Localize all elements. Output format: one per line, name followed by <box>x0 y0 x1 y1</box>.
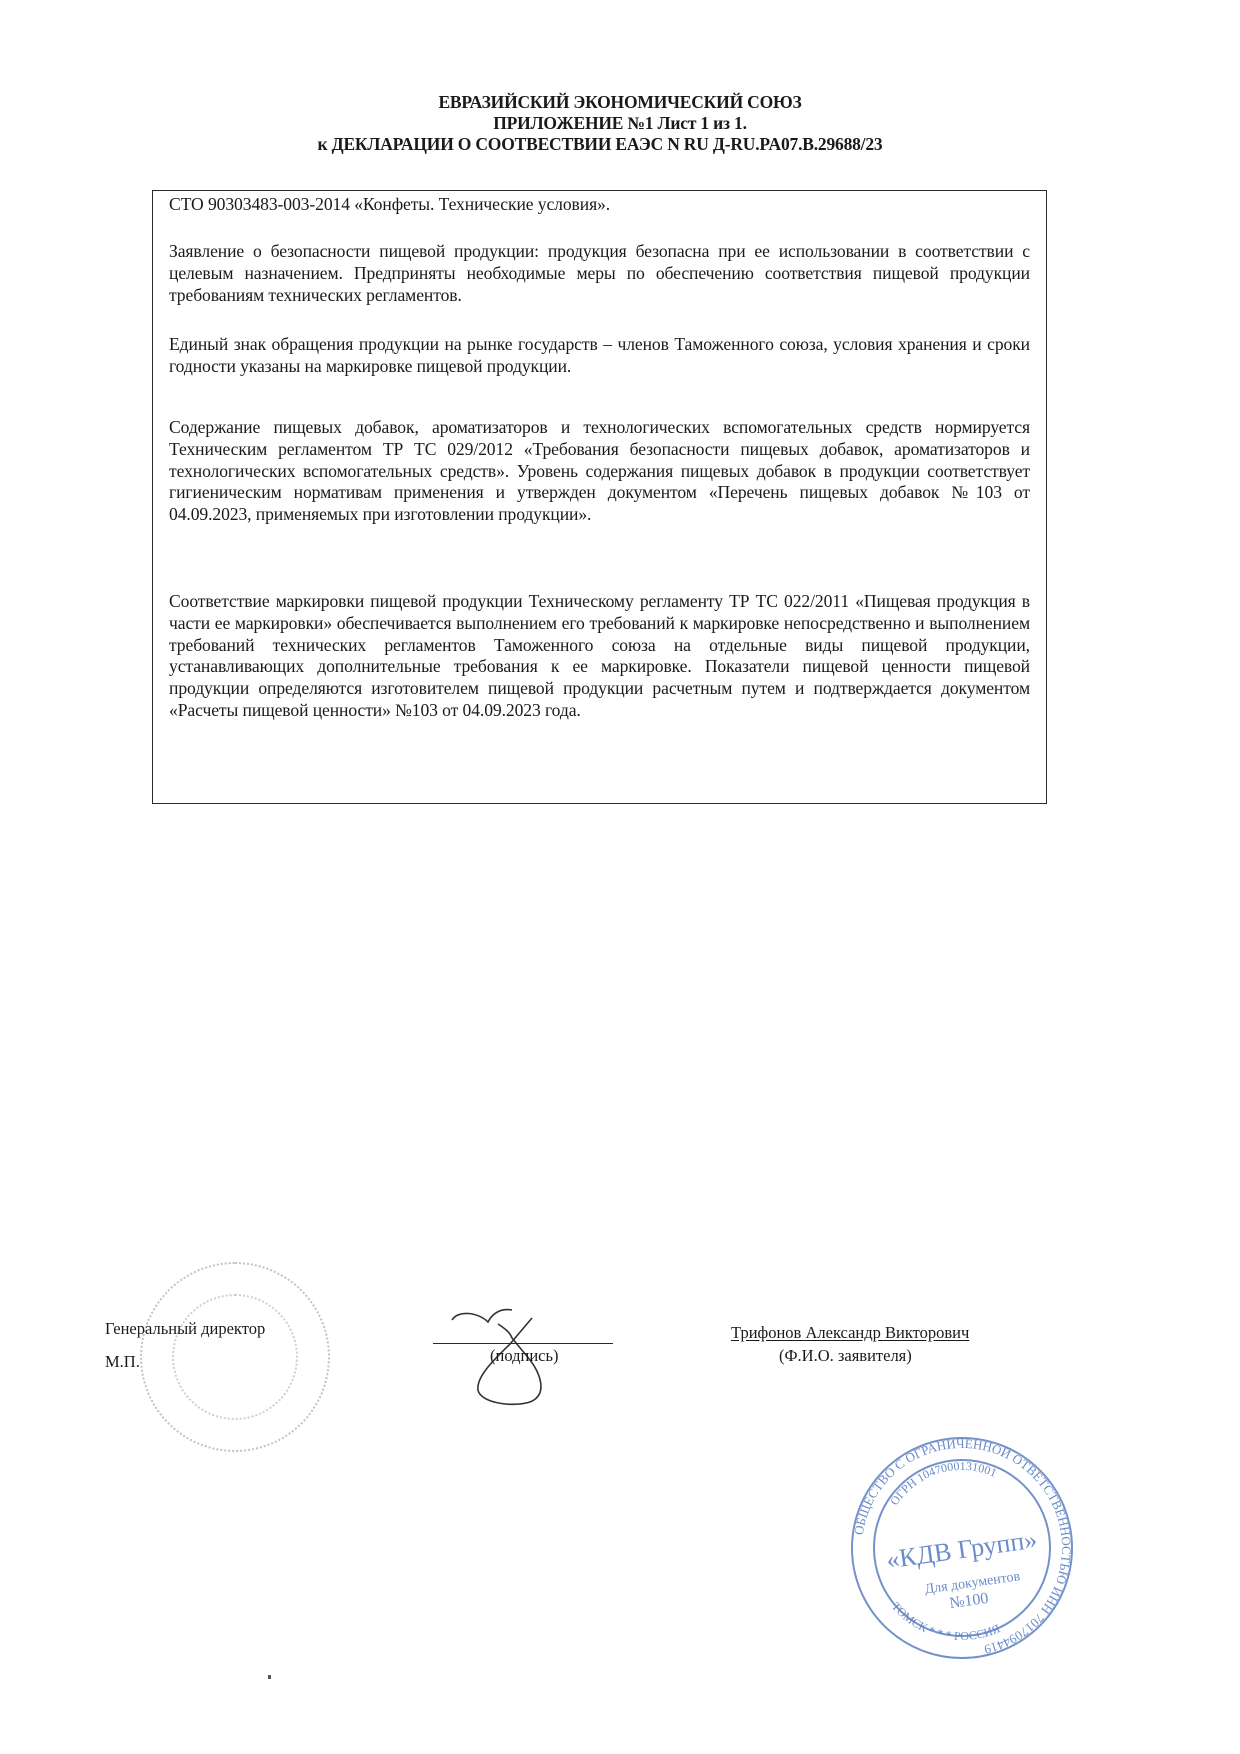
market-sign-statement: Единый знак обращения продукции на рынке… <box>169 334 1030 378</box>
header-union-title: ЕВРАЗИЙСКИЙ ЭКОНОМИЧЕСКИЙ СОЮЗ <box>0 92 1240 113</box>
document-header: ЕВРАЗИЙСКИЙ ЭКОНОМИЧЕСКИЙ СОЮЗ ПРИЛОЖЕНИ… <box>0 92 1240 155</box>
seal-place-label: М.П. <box>105 1352 140 1372</box>
safety-statement: Заявление о безопасности пищевой продукц… <box>169 241 1030 306</box>
food-additives-statement: Содержание пищевых добавок, ароматизатор… <box>169 417 1030 526</box>
declaration-content-box: СТО 90303483-003-2014 «Конфеты. Техничес… <box>152 190 1047 804</box>
signature-caption: (подпись) <box>490 1346 559 1366</box>
standard-reference: СТО 90303483-003-2014 «Конфеты. Техничес… <box>169 194 1030 216</box>
header-appendix-title: ПРИЛОЖЕНИЕ №1 Лист 1 из 1. <box>0 113 1240 134</box>
faded-seal-stamp <box>140 1262 330 1452</box>
applicant-name: Трифонов Александр Викторович <box>731 1323 969 1343</box>
labeling-compliance-statement: Соответствие маркировки пищевой продукци… <box>169 591 1030 722</box>
scan-artifact <box>268 1675 271 1679</box>
svg-text:«КДВ Групп»: «КДВ Групп» <box>884 1525 1038 1575</box>
company-seal-stamp: ОБЩЕСТВО С ОГРАНИЧЕННОЙ ОТВЕТСТВЕННОСТЬЮ… <box>846 1434 1078 1662</box>
applicant-name-caption: (Ф.И.О. заявителя) <box>779 1346 912 1366</box>
signer-role: Генеральный директор <box>105 1319 265 1339</box>
signature-line <box>433 1343 613 1344</box>
header-declaration-number: к ДЕКЛАРАЦИИ О СООТВЕСТВИИ ЕАЭС N RU Д-R… <box>0 134 1220 155</box>
